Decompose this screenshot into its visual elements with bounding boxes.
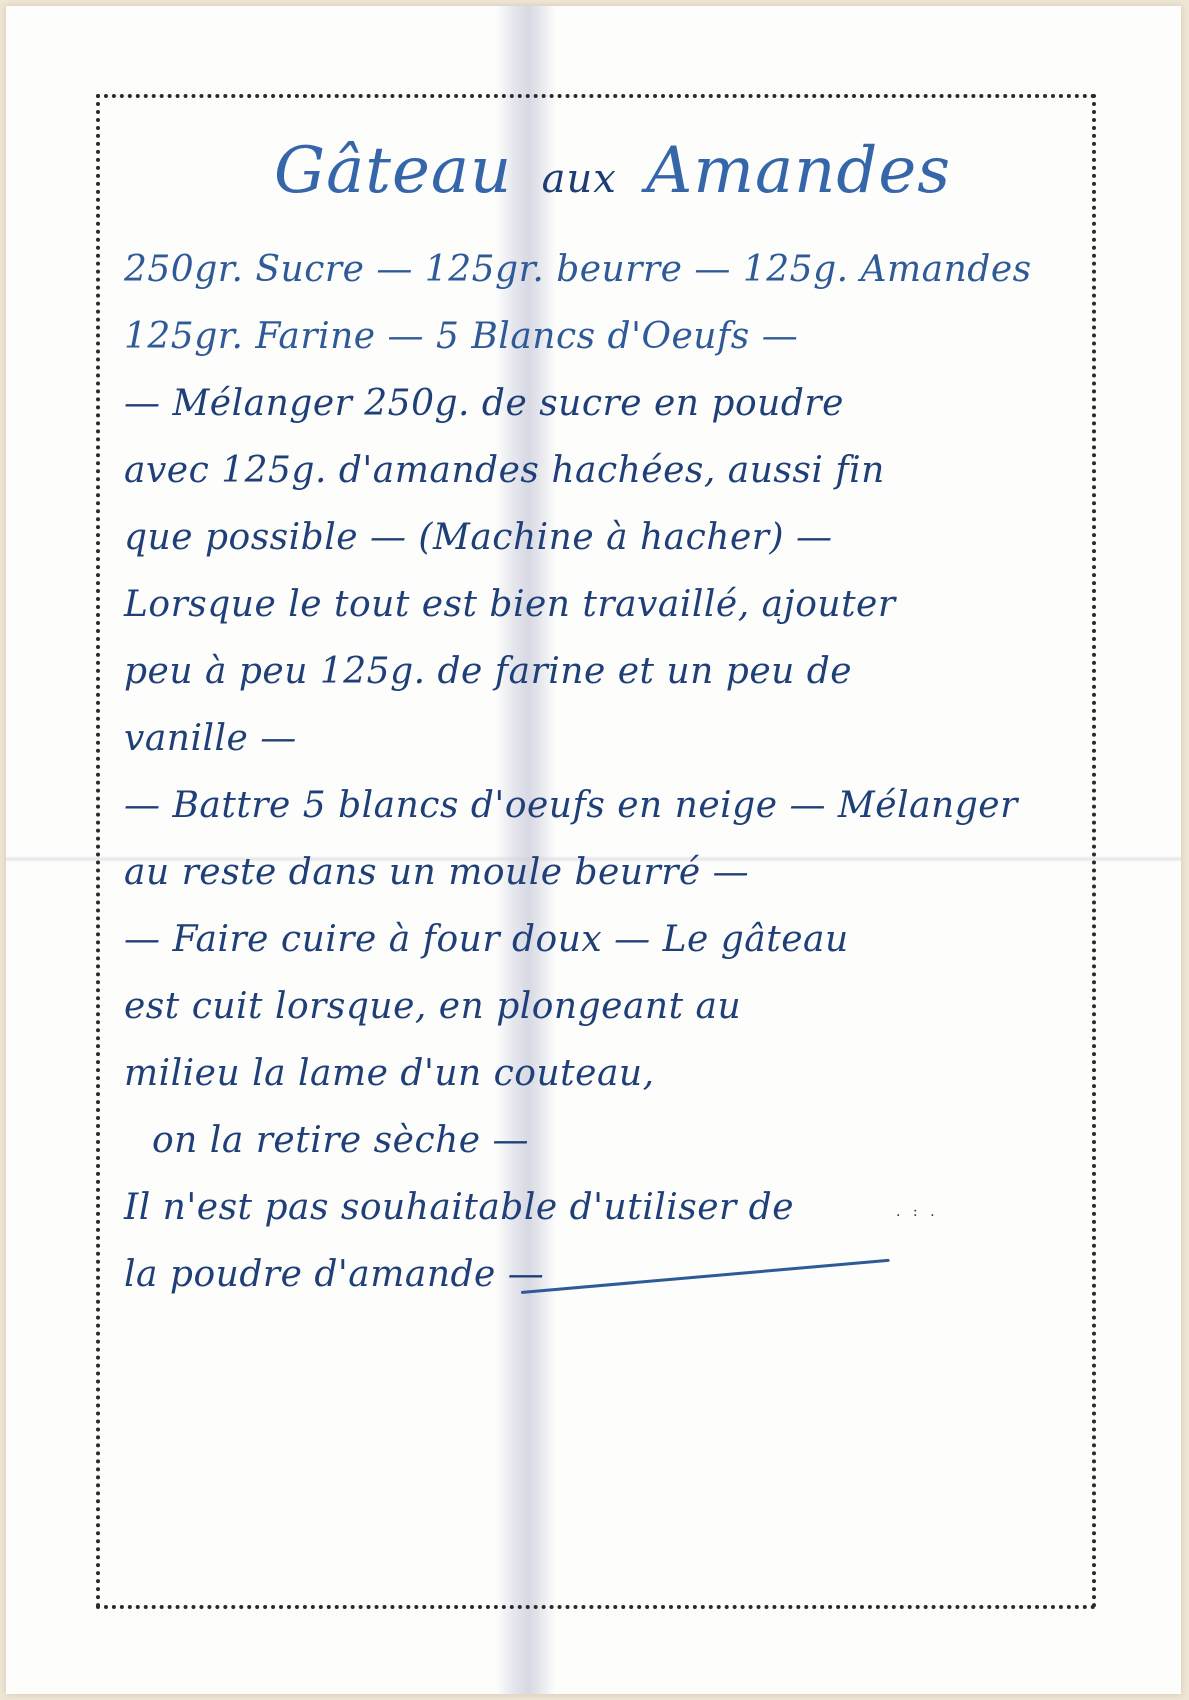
instruction-line: — Battre 5 blancs d'oeufs en neige — Mél… xyxy=(124,772,1084,839)
instruction-line: Il n'est pas souhaitable d'utiliser de xyxy=(124,1174,1084,1241)
paper-sheet: Gâteau aux Amandes 250gr. Sucre — 125gr.… xyxy=(6,6,1181,1694)
ingredient-line: 125gr. Farine — 5 Blancs d'Oeufs — xyxy=(124,303,1084,370)
instruction-line: est cuit lorsque, en plongeant au xyxy=(124,973,1084,1040)
recipe-title: Gâteau aux Amandes xyxy=(274,106,1084,236)
ingredients-list: 250gr. Sucre — 125gr. beurre — 125g. Ama… xyxy=(124,236,1084,370)
title-word-aux: aux xyxy=(542,156,617,202)
instruction-line: Lorsque le tout est bien travaillé, ajou… xyxy=(124,571,1084,638)
instruction-line: vanille — xyxy=(124,705,1084,772)
ink-specks: . : . xyxy=(896,1204,939,1220)
ingredient-line: 250gr. Sucre — 125gr. beurre — 125g. Ama… xyxy=(124,236,1084,303)
instruction-line: que possible — (Machine à hacher) — xyxy=(124,504,1084,571)
title-word-amandes: Amandes xyxy=(646,134,951,208)
instruction-line: — Mélanger 250g. de sucre en poudre xyxy=(124,370,1084,437)
instruction-line: avec 125g. d'amandes hachées, aussi fin xyxy=(124,437,1084,504)
instruction-line: — Faire cuire à four doux — Le gâteau xyxy=(124,906,1084,973)
instruction-line: la poudre d'amande — xyxy=(124,1241,1084,1308)
instruction-line: milieu la lame d'un couteau, xyxy=(124,1040,1084,1107)
recipe-content: Gâteau aux Amandes 250gr. Sucre — 125gr.… xyxy=(124,106,1084,1308)
instruction-line: peu à peu 125g. de farine et un peu de xyxy=(124,638,1084,705)
instructions: — Mélanger 250g. de sucre en poudre avec… xyxy=(124,370,1084,1308)
instruction-line: au reste dans un moule beurré — xyxy=(124,839,1084,906)
title-word-gateau: Gâteau xyxy=(274,134,512,208)
instruction-line: on la retire sèche — xyxy=(124,1107,1084,1174)
